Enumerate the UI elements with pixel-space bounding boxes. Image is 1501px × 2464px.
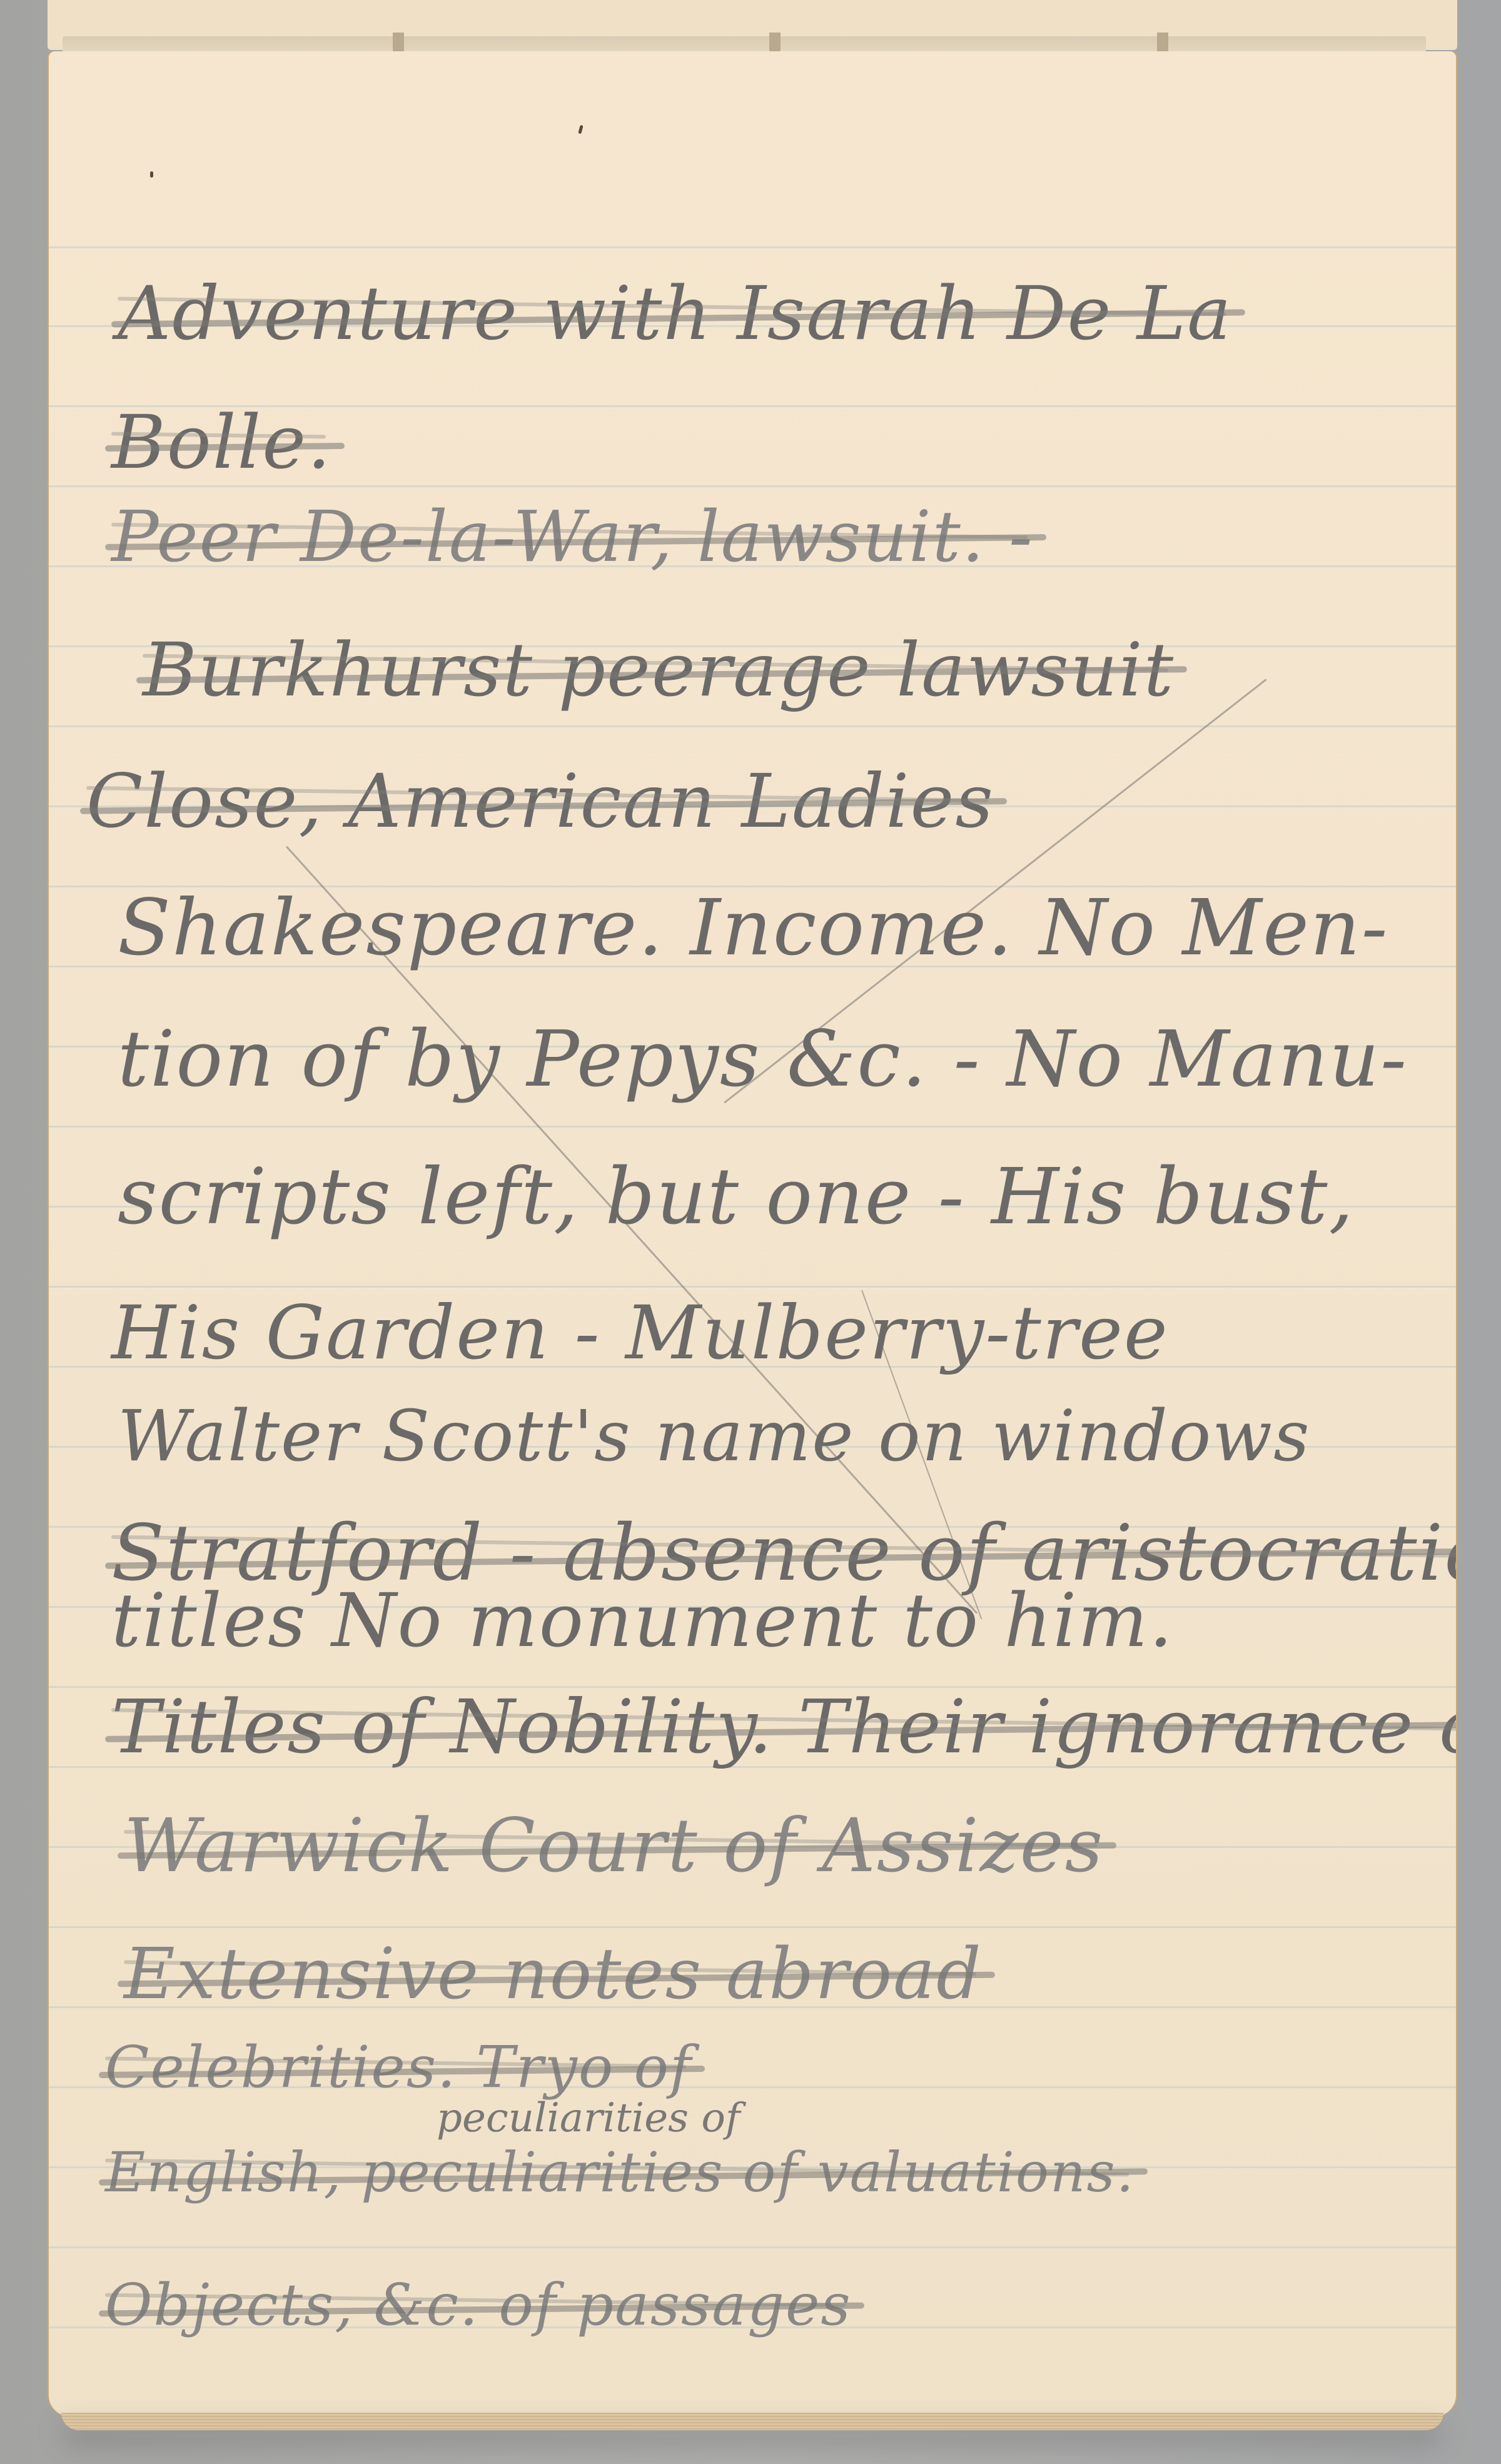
ruled-line	[49, 725, 1456, 727]
line-text: Close, American Ladies	[86, 758, 994, 844]
line-text: Peer De-la-War, lawsuit. -	[111, 497, 1034, 578]
line-text: Walter Scott's name on windows	[118, 1396, 1311, 1477]
line-text: scripts left, but one - His bust,	[118, 1152, 1355, 1242]
handwritten-line: Celebrities. Tryo of	[49, 2034, 1456, 2101]
line-text: Celebrities. Tryo of	[105, 2034, 692, 2101]
ruled-line	[49, 1286, 1456, 1288]
handwritten-line: Close, American Ladies	[49, 758, 1456, 844]
line-text: Burkhurst peerage lawsuit	[143, 627, 1175, 713]
line-text: His Garden - Mulberry-tree	[111, 1290, 1169, 1376]
handwritten-line: titles No monument to him.	[49, 1577, 1456, 1664]
paper-speck	[150, 171, 153, 178]
line-text: Extensive notes abroad	[124, 1934, 983, 2015]
handwritten-line: Burkhurst peerage lawsuit	[49, 627, 1456, 713]
line-text: English, peculiarities of valuations.	[105, 2140, 1135, 2204]
ruled-line	[49, 1126, 1456, 1128]
line-text: Warwick Court of Assizes	[124, 1802, 1104, 1889]
line-text: Bolle.	[111, 399, 332, 485]
notebook-page: Adventure with Isarah De La Bolle. Peer …	[49, 51, 1456, 2416]
page-edge-stack	[61, 2413, 1443, 2430]
line-text: titles No monument to him.	[111, 1577, 1174, 1664]
handwritten-line: Walter Scott's name on windows	[49, 1396, 1456, 1477]
interlinear-insertion: peculiarities of	[437, 2095, 740, 2141]
handwritten-line: Objects, &c. of passages	[49, 2271, 1456, 2338]
handwritten-line: Adventure with Isarah De La	[49, 270, 1456, 356]
handwritten-line: Extensive notes abroad	[49, 1934, 1456, 2015]
ruled-line	[49, 1926, 1456, 1928]
ruled-line	[49, 2246, 1456, 2248]
ruled-line	[49, 246, 1456, 248]
paper-speck	[578, 125, 583, 134]
line-text: Titles of Nobility. Their ignorance of	[111, 1684, 1456, 1770]
line-text: Shakespeare. Income. No Men-	[118, 883, 1389, 973]
handwritten-line: Bolle.	[49, 399, 1456, 485]
handwritten-line: Titles of Nobility. Their ignorance of	[49, 1684, 1456, 1770]
line-text: tion of by Pepys &c. - No Manu-	[118, 1014, 1408, 1104]
handwritten-line: Shakespeare. Income. No Men-	[49, 883, 1456, 973]
line-text: Adventure with Isarah De La	[118, 270, 1233, 356]
handwritten-line: English, peculiarities of valuations.	[49, 2140, 1456, 2204]
ruled-line	[49, 485, 1456, 487]
line-text: Objects, &c. of passages	[105, 2271, 852, 2338]
handwritten-line: tion of by Pepys &c. - No Manu-	[49, 1014, 1456, 1104]
handwritten-line: scripts left, but one - His bust,	[49, 1152, 1456, 1242]
handwritten-line: Warwick Court of Assizes	[49, 1802, 1456, 1889]
handwritten-line: Peer De-la-War, lawsuit. -	[49, 497, 1456, 578]
